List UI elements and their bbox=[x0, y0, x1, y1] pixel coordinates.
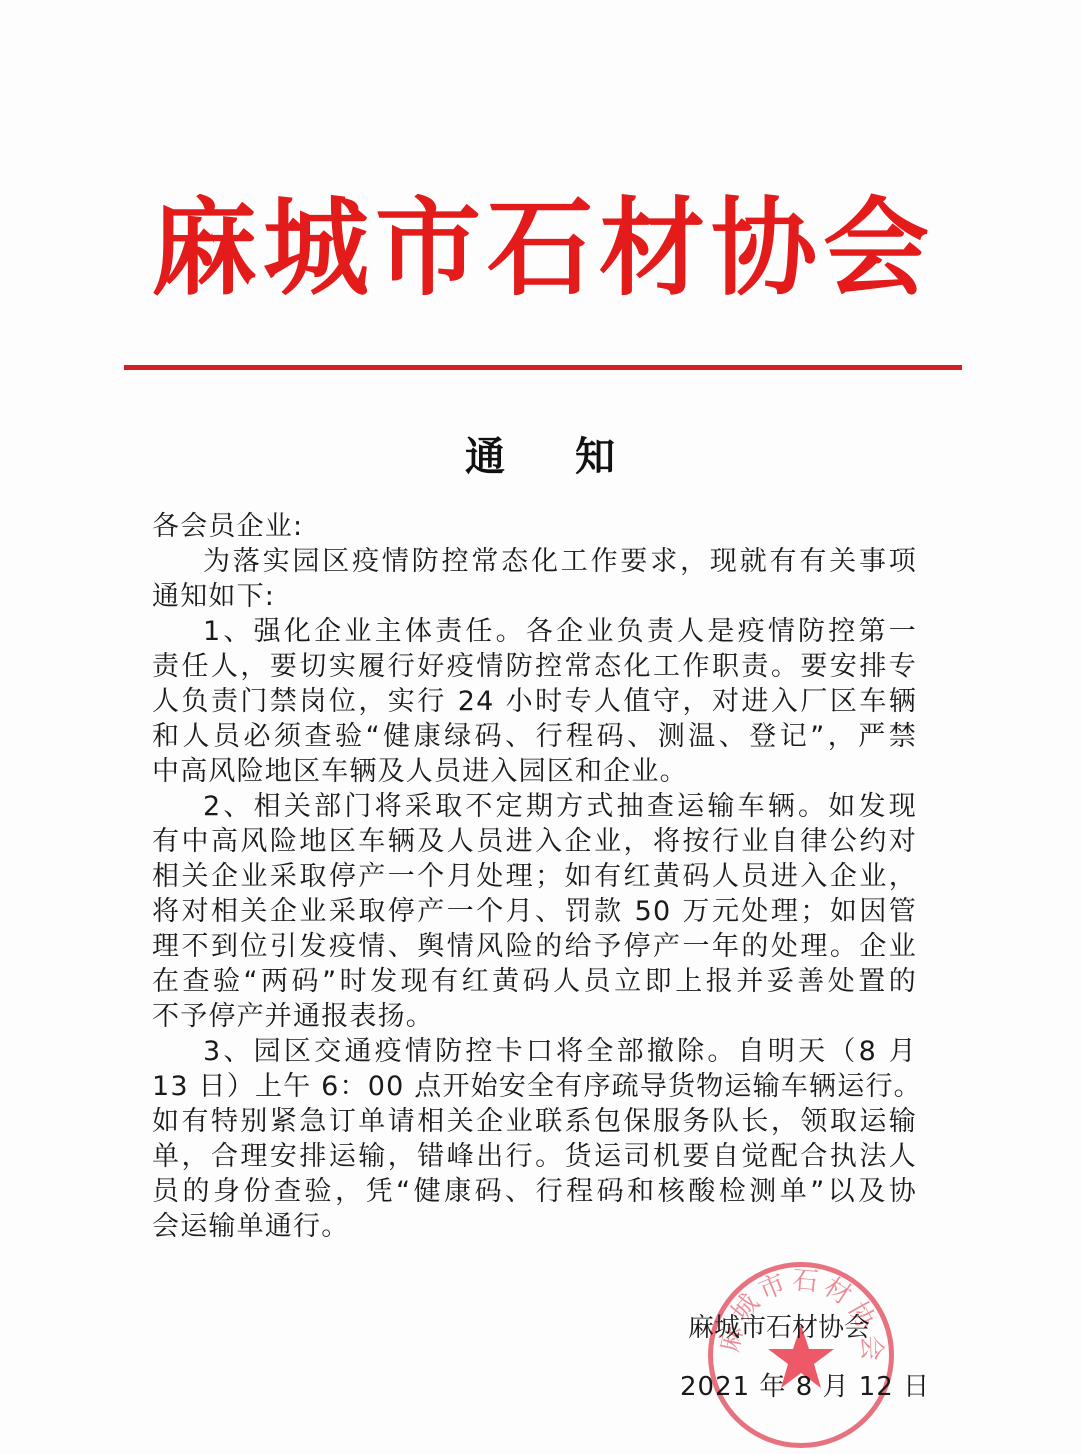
item-2-line: 不予停产并通报表扬。 bbox=[152, 1000, 917, 1034]
item-3-line: 单，合理安排运输，错峰出行。货运司机要自觉配合执法人 bbox=[152, 1140, 917, 1174]
item-2-line: 相关企业采取停产一个月处理；如有红黄码人员进入企业， bbox=[152, 860, 917, 894]
item-3-line: 3、园区交通疫情防控卡口将全部撤除。自明天（8 月 bbox=[203, 1035, 917, 1069]
item-3-line: 13 日）上午 6：00 点开始安全有序疏导货物运输车辆运行。 bbox=[152, 1070, 917, 1104]
item-2-line: 有中高风险地区车辆及人员进入企业，将按行业自律公约对 bbox=[152, 825, 917, 859]
item-3-line: 员的身份查验，凭“健康码、行程码和核酸检测单”以及协 bbox=[152, 1175, 917, 1209]
title-char-2: 知 bbox=[575, 425, 617, 482]
issue-date: 2021 年 8 月 12 日 bbox=[680, 1366, 930, 1403]
body-line: 通知如下: bbox=[152, 580, 917, 614]
item-2-line: 将对相关企业采取停产一个月、罚款 50 万元处理；如因管 bbox=[152, 895, 917, 929]
title-char-1: 通 bbox=[465, 425, 507, 482]
item-2-line: 理不到位引发疫情、舆情风险的给予停产一年的处理。企业 bbox=[152, 930, 917, 964]
header-divider bbox=[124, 365, 962, 370]
document-title: 通知 bbox=[0, 425, 1082, 482]
organization-header: 麻城市石材协会 bbox=[128, 188, 958, 308]
star-icon: 麻城市石材协会 bbox=[713, 1267, 889, 1443]
salutation: 各会员企业: bbox=[152, 510, 917, 544]
body-line: 为落实园区疫情防控常态化工作要求，现就有有关事项 bbox=[203, 545, 917, 579]
item-3-line: 会运输单通行。 bbox=[152, 1210, 917, 1244]
item-1-line: 和人员必须查验“健康绿码、行程码、测温、登记”，严禁 bbox=[152, 720, 917, 754]
item-1-line: 人负责门禁岗位，实行 24 小时专人值守，对进入厂区车辆 bbox=[152, 685, 917, 719]
item-2-line: 在查验“两码”时发现有红黄码人员立即上报并妥善处置的 bbox=[152, 965, 917, 999]
item-1-line: 责任人，要切实履行好疫情防控常态化工作职责。要安排专 bbox=[152, 650, 917, 684]
item-1-line: 1、强化企业主体责任。各企业负责人是疫情防控第一 bbox=[203, 615, 917, 649]
item-2-line: 2、相关部门将采取不定期方式抽查运输车辆。如发现 bbox=[203, 790, 917, 824]
official-seal: 麻城市石材协会 bbox=[708, 1262, 894, 1448]
item-3-line: 如有特别紧急订单请相关企业联系包保服务队长，领取运输 bbox=[152, 1105, 917, 1139]
item-1-line: 中高风险地区车辆及人员进入园区和企业。 bbox=[152, 755, 917, 789]
signature-organization: 麻城市石材协会 bbox=[688, 1307, 870, 1344]
